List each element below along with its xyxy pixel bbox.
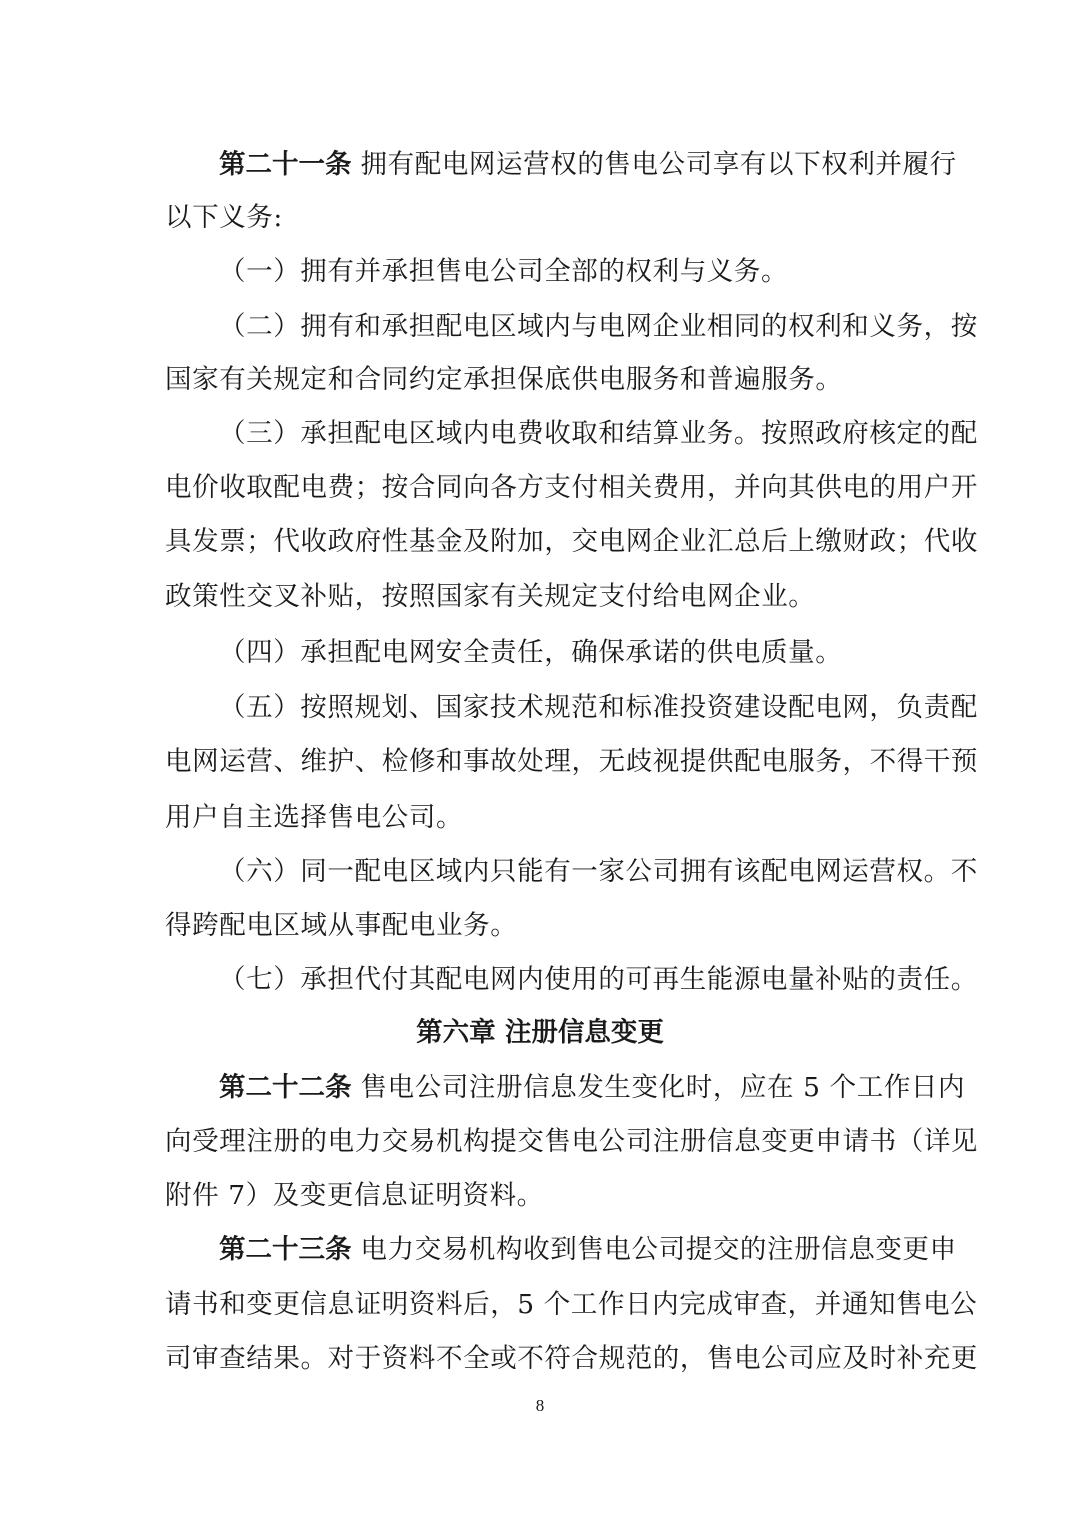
item-2-line-2: 国家有关规定和合同约定承担保底供电服务和普遍服务。 [165,360,917,400]
item-5-line-1: （五）按照规划、国家技术规范和标准投资建设配电网，负责配 [165,688,917,728]
item-5-line-3: 用户自主选择售电公司。 [165,798,917,838]
chapter-heading: 第六章 注册信息变更 [0,1013,1080,1053]
page-number: 8 [0,1396,1080,1416]
article-22-label: 第二十二条 [219,1072,352,1103]
article-23-line-3: 司审查结果。对于资料不全或不符合规范的，售电公司应及时补充更 [165,1339,917,1379]
article-23-line-1: 第二十三条 电力交易机构收到售电公司提交的注册信息变更申 [165,1230,917,1270]
document-page: 第二十一条 拥有配电网运营权的售电公司享有以下权利并履行 以下义务: （一）拥有… [0,0,1080,1526]
article-23-text: 电力交易机构收到售电公司提交的注册信息变更申 [352,1234,957,1265]
item-6-line-2: 得跨配电区域从事配电业务。 [165,906,917,946]
item-7-line-1: （七）承担代付其配电网内使用的可再生能源电量补贴的责任。 [165,960,917,1000]
item-3-line-4: 政策性交叉补贴，按照国家有关规定支付给电网企业。 [165,577,917,617]
item-3-line-2: 电价收取配电费；按合同向各方支付相关费用，并向其供电的用户开 [165,468,917,508]
item-6-line-1: （六）同一配电区域内只能有一家公司拥有该配电网运营权。不 [165,852,917,892]
article-21-text: 拥有配电网运营权的售电公司享有以下权利并履行 [352,149,957,180]
article-21-label: 第二十一条 [219,149,352,180]
item-1-line-1: （一）拥有并承担售电公司全部的权利与义务。 [165,252,917,292]
article-22-text: 售电公司注册信息发生变化时，应在 5 个工作日内 [352,1072,966,1103]
article-23-label: 第二十三条 [219,1234,352,1265]
item-5-line-2: 电网运营、维护、检修和事故处理，无歧视提供配电服务，不得干预 [165,742,917,782]
article-21-line-2: 以下义务: [165,198,917,238]
item-3-line-1: （三）承担配电区域内电费收取和结算业务。按照政府核定的配 [165,414,917,454]
article-22-line-2: 向受理注册的电力交易机构提交售电公司注册信息变更申请书（详见 [165,1122,917,1162]
article-22-line-1: 第二十二条 售电公司注册信息发生变化时，应在 5 个工作日内 [165,1068,917,1108]
item-3-line-3: 具发票；代收政府性基金及附加，交电网企业汇总后上缴财政；代收 [165,522,917,562]
item-4-line-1: （四）承担配电网安全责任，确保承诺的供电质量。 [165,633,917,673]
article-21-line-1: 第二十一条 拥有配电网运营权的售电公司享有以下权利并履行 [165,145,917,185]
article-22-line-3: 附件 7）及变更信息证明资料。 [165,1176,917,1216]
item-2-line-1: （二）拥有和承担配电区域内与电网企业相同的权利和义务，按 [165,307,917,347]
article-23-line-2: 请书和变更信息证明资料后，5 个工作日内完成审查，并通知售电公 [165,1285,917,1325]
